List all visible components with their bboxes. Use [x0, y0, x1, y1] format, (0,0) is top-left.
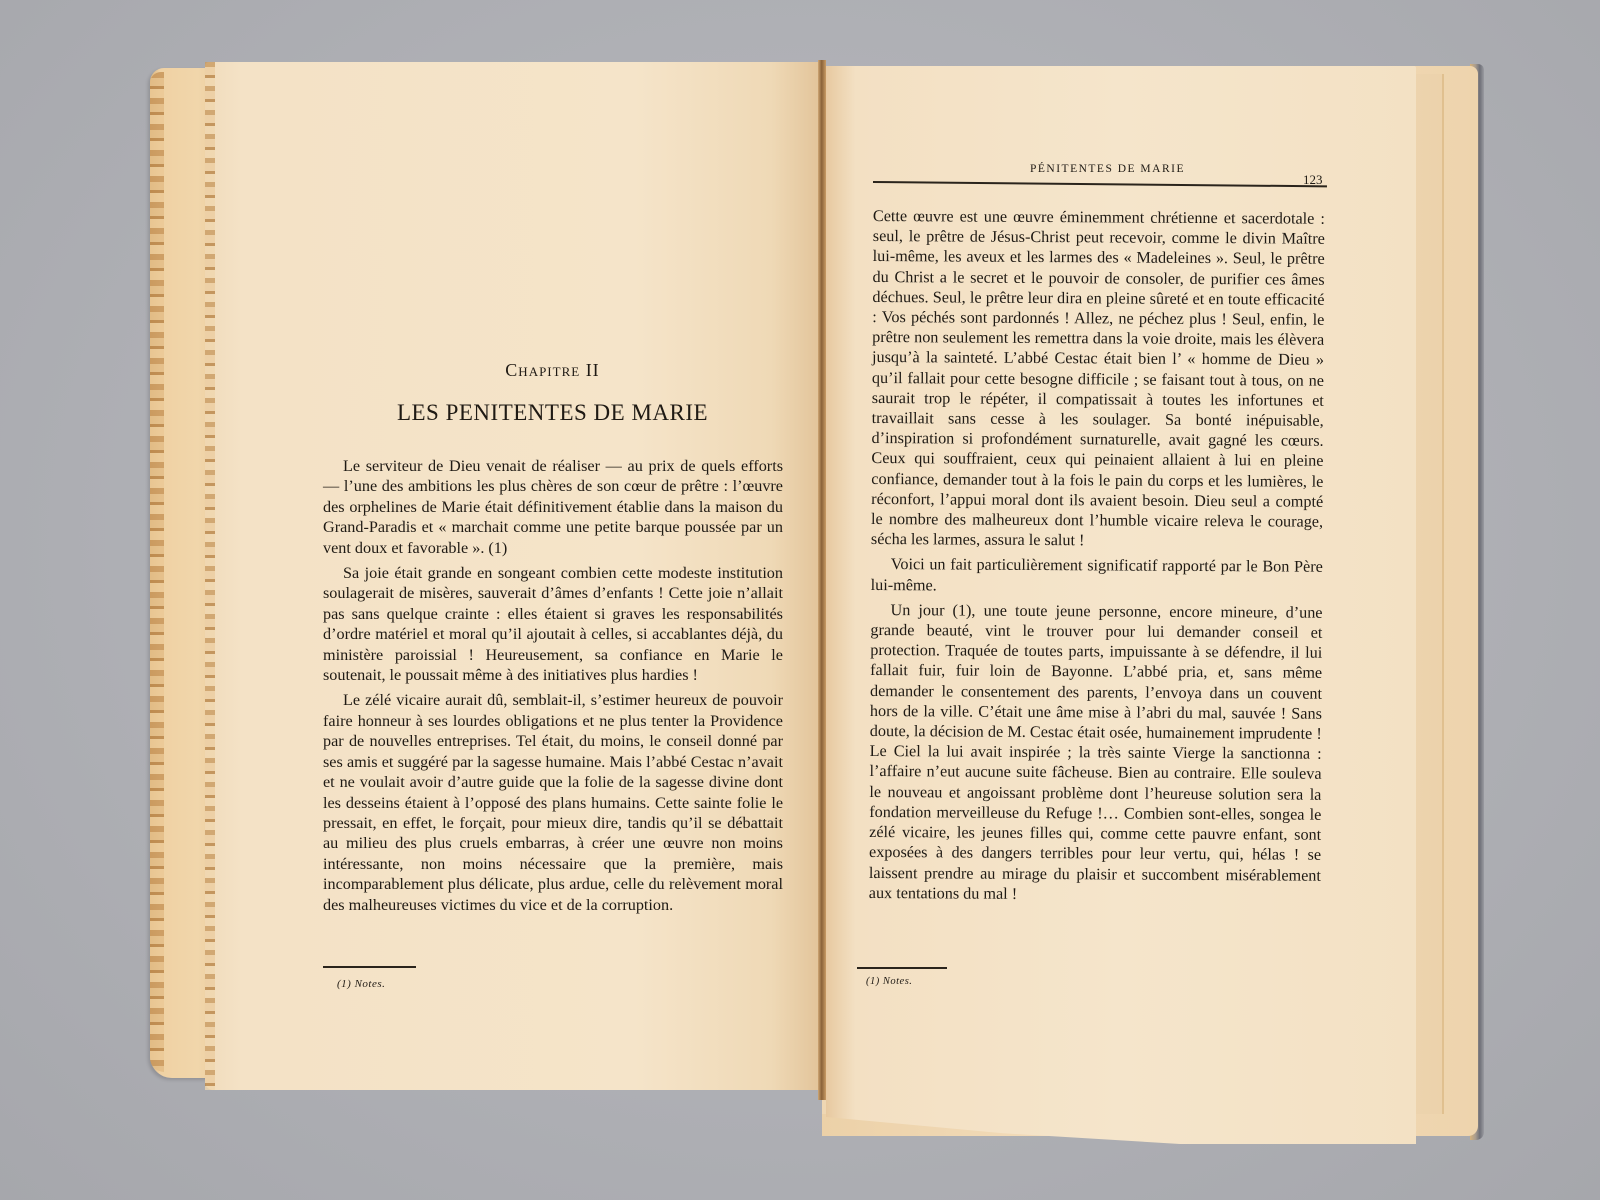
running-head: PÉNITENTES DE MARIE [1030, 163, 1185, 175]
paragraph: Voici un fait particulièrement significa… [871, 554, 1323, 597]
paragraph: Le serviteur de Dieu venait de réaliser … [323, 456, 783, 558]
chapter-title: LES PENITENTES DE MARIE [320, 400, 785, 426]
paragraph: Le zélé vicaire aurait dû, semblait-il, … [323, 690, 783, 914]
right-footnote: (1) Notes. [866, 976, 912, 987]
footnote-rule [857, 967, 947, 969]
left-page-body: Le serviteur de Dieu venait de réaliser … [323, 456, 783, 920]
book-gutter [818, 60, 826, 1100]
left-footnote: (1) Notes. [337, 978, 385, 990]
right-page-body: Cette œuvre est une œuvre éminemment chr… [869, 206, 1325, 911]
book-photo: Chapitre II LES PENITENTES DE MARIE Le s… [0, 0, 1600, 1200]
deckled-edge-left [150, 72, 164, 1072]
paragraph: Un jour (1), une toute jeune personne, e… [869, 600, 1323, 906]
deckled-edge-left-page [205, 62, 215, 1090]
paragraph: Cette œuvre est une œuvre éminemment chr… [871, 206, 1325, 552]
footnote-rule [323, 966, 416, 968]
chapter-number: Chapitre II [320, 360, 785, 381]
paragraph: Sa joie était grande en songeant combien… [323, 563, 783, 685]
